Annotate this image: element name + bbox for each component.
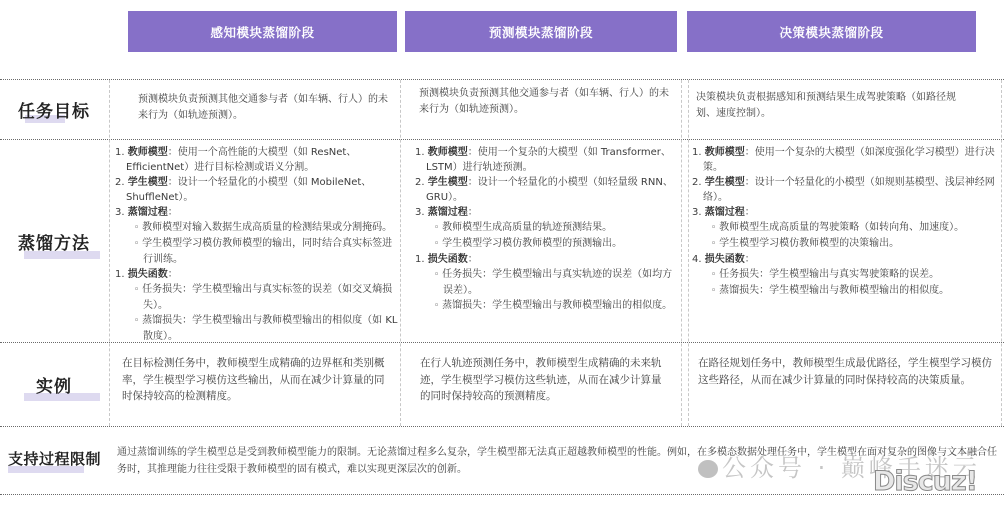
loss-item: 任务损失：学生模型输出与真实驾驶策略的误差。 — [709, 267, 996, 283]
row-label-text: 任务目标 — [18, 97, 90, 122]
loss-function-step: 1. 损失函数： 任务损失：学生模型输出与真实标签的误差（如交叉熵损失）。 蒸馏… — [115, 267, 399, 344]
column-divider — [688, 80, 689, 426]
row-label-method: 蒸馏方法 — [0, 140, 108, 342]
task-goal-perception: 预测模块负责预测其他交通参与者（如车辆、行人）的未来行为（如轨迹预测）。 — [138, 92, 388, 123]
loss-item: 蒸馏损失：学生模型输出与教师模型输出的相似度（如 KL 散度）。 — [132, 313, 399, 344]
process-item: 教师模型生成高质量的驾驶策略（如转向角、加速度）。 — [709, 220, 996, 236]
row-divider — [0, 426, 1004, 427]
column-divider — [109, 80, 110, 426]
row-label-text: 蒸馏方法 — [18, 229, 90, 254]
student-model-step: 2. 学生模型：设计一个轻量化的小模型（如轻量级 RNN、GRU）。 — [415, 175, 677, 205]
loss-item: 蒸馏损失：学生模型输出与教师模型输出的相似度。 — [432, 298, 677, 314]
row-label-task-goal: 任务目标 — [0, 80, 108, 139]
method-perception: 1. 教师模型：使用一个高性能的大模型（如 ResNet、EfficientNe… — [115, 145, 399, 344]
process-item: 学生模型学习模仿教师模型的输出，同时结合真实标签进行训练。 — [132, 236, 399, 267]
task-goal-prediction: 预测模块负责预测其他交通参与者（如车辆、行人）的未来行为（如轨迹预测）。 — [419, 86, 669, 117]
column-divider — [400, 80, 401, 426]
distill-process-step: 3. 蒸馏过程： 教师模型生成高质量的轨迹预测结果。 学生模型学习模仿教师模型的… — [415, 205, 677, 252]
discuz-watermark: Discuz! — [873, 466, 977, 497]
teacher-model-step: 1. 教师模型：使用一个高性能的大模型（如 ResNet、EfficientNe… — [115, 145, 399, 175]
process-item: 教师模型对输入数据生成高质量的检测结果或分割掩码。 — [132, 220, 399, 236]
loss-function-step: 4. 损失函数： 任务损失：学生模型输出与真实驾驶策略的误差。 蒸馏损失：学生模… — [692, 252, 996, 299]
column-divider — [681, 80, 682, 426]
column-header-decision: 决策模块蒸馏阶段 — [687, 11, 976, 52]
column-header-row: 感知模块蒸馏阶段 预测模块蒸馏阶段 决策模块蒸馏阶段 — [0, 11, 1004, 52]
process-item: 教师模型生成高质量的轨迹预测结果。 — [432, 220, 677, 236]
method-prediction: 1. 教师模型：使用一个复杂的大模型（如 Transformer、LSTM）进行… — [415, 145, 677, 314]
process-item: 学生模型学习模仿教师模型的预测输出。 — [432, 236, 677, 252]
loss-function-step: 1. 损失函数： 任务损失：学生模型输出与真实轨迹的误差（如均方误差）。 蒸馏损… — [415, 252, 677, 314]
loss-item: 蒸馏损失：学生模型输出与教师模型输出的相似度。 — [709, 283, 996, 299]
row-label-example: 实例 — [0, 343, 108, 426]
teacher-model-step: 1. 教师模型：使用一个复杂的大模型（如 Transformer、LSTM）进行… — [415, 145, 677, 175]
row-label-limitation: 支持过程限制 — [8, 448, 101, 469]
student-model-step: 2. 学生模型：设计一个轻量化的小模型（如 MobileNet、ShuffleN… — [115, 175, 399, 205]
teacher-model-step: 1. 教师模型：使用一个复杂的大模型（如深度强化学习模型）进行决策。 — [692, 145, 996, 175]
method-decision: 1. 教师模型：使用一个复杂的大模型（如深度强化学习模型）进行决策。 2. 学生… — [692, 145, 996, 299]
row-divider — [0, 79, 1004, 80]
example-decision: 在路径规划任务中，教师模型生成最优路径，学生模型学习模仿这些路径，从而在减少计算… — [698, 355, 992, 388]
wechat-icon — [698, 460, 718, 478]
row-label-text: 实例 — [36, 372, 72, 397]
distill-process-step: 3. 蒸馏过程： 教师模型生成高质量的驾驶策略（如转向角、加速度）。 学生模型学… — [692, 205, 996, 252]
column-header-perception: 感知模块蒸馏阶段 — [128, 11, 397, 52]
column-header-prediction: 预测模块蒸馏阶段 — [405, 11, 677, 52]
task-goal-decision: 决策模块负责根据感知和预测结果生成驾驶策略（如路径规划、速度控制）。 — [696, 90, 966, 121]
example-perception: 在目标检测任务中，教师模型生成精确的边界框和类别概率，学生模型学习模仿这些输出，… — [122, 355, 390, 405]
row-divider — [0, 494, 1004, 495]
distill-process-step: 3. 蒸馏过程： 教师模型对输入数据生成高质量的检测结果或分割掩码。 学生模型学… — [115, 205, 399, 267]
loss-item: 任务损失：学生模型输出与真实轨迹的误差（如均方误差）。 — [432, 267, 677, 298]
process-item: 学生模型学习模仿教师模型的决策输出。 — [709, 236, 996, 252]
column-divider — [1001, 80, 1002, 426]
loss-item: 任务损失：学生模型输出与真实标签的误差（如交叉熵损失）。 — [132, 282, 399, 313]
row-divider — [0, 139, 1004, 140]
example-prediction: 在行人轨迹预测任务中，教师模型生成精确的未来轨迹，学生模型学习模仿这些轨迹，从而… — [420, 355, 670, 405]
student-model-step: 2. 学生模型：设计一个轻量化的小模型（如规则基模型、浅层神经网络）。 — [692, 175, 996, 205]
